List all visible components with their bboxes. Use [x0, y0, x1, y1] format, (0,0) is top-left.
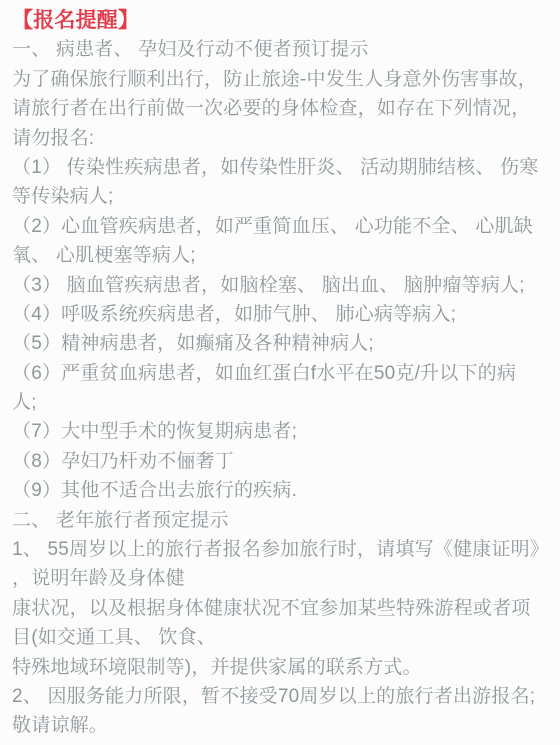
text-line: （3） 脑血管疾病患者，如脑栓塞、 脑出血、 脑肿瘤等病人;: [12, 271, 552, 300]
text-line: 为了确保旅行顺利出行，防止旅途-中发生人身意外伤害事故，: [12, 65, 552, 94]
text-line: （7）大中型手术的恢复期病患者;: [12, 417, 552, 446]
text-line: 1、 55周岁以上的旅行者报名参加旅行时，请填写《健康证明》: [12, 535, 552, 564]
text-line: 目(如交通工具、 饮食、: [12, 623, 552, 652]
notice-body: 一、 病患者、 孕妇及行动不便者预订提示 为了确保旅行顺利出行，防止旅途-中发生…: [12, 35, 552, 740]
text-line: 康状况，以及根据身体健康状况不宜参加某些特殊游程或者项: [12, 594, 552, 623]
text-line: （9）其他不适合出去旅行的疾病.: [12, 476, 552, 505]
text-line: （5）精神病患者，如癫痛及各种精神病人;: [12, 329, 552, 358]
text-line: 敬请谅解。: [12, 711, 552, 740]
text-line: 氧、 心肌梗塞等病人;: [12, 241, 552, 270]
text-line: （4）呼吸系统疾病患者，如肺气肿、 肺心病等病入;: [12, 300, 552, 329]
text-line: 人;: [12, 388, 552, 417]
text-line: 请勿报名:: [12, 124, 552, 153]
text-line: 请旅行者在出行前做一次必要的身体检查，如存在下列情况，: [12, 94, 552, 123]
text-line: （2）心血管疾病患者，如严重简血压、 心功能不全、 心肌缺: [12, 212, 552, 241]
text-line: （6）严重贫血病患者，如血红蛋白f水平在50克/升以下的病: [12, 359, 552, 388]
text-line: （1） 传染性疾病患者，如传染性肝炎、 活动期肺结核、 伤寒: [12, 153, 552, 182]
notice-document: 【报名提醒】 一、 病患者、 孕妇及行动不便者预订提示 为了确保旅行顺利出行，防…: [0, 0, 560, 745]
notice-title: 【报名提醒】: [12, 6, 552, 35]
text-line: 特殊地域环境限制等)，并提供家属的联系方式。: [12, 653, 552, 682]
text-line: 二、 老年旅行者预定提示: [12, 506, 552, 535]
text-line: ，说明年龄及身体健: [12, 564, 552, 593]
text-line: 2、 因服务能力所限，暂不接受70周岁以上的旅行者出游报名;: [12, 682, 552, 711]
text-line: （8）孕妇乃杆劝不俪奢丁: [12, 447, 552, 476]
text-line: 等传染病人;: [12, 182, 552, 211]
text-line: 一、 病患者、 孕妇及行动不便者预订提示: [12, 35, 552, 64]
